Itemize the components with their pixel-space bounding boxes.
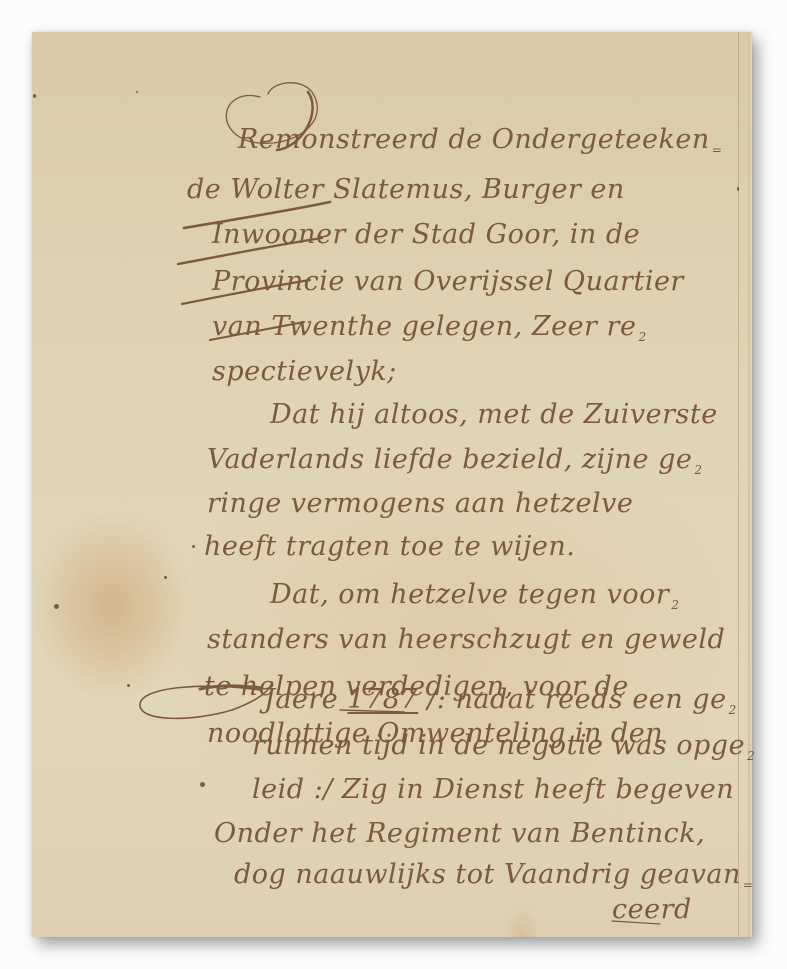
line-text: Vaderlands liefde bezield, zijne ge [207, 444, 692, 475]
line-text: ceerd [612, 894, 692, 925]
manuscript-line-17: leid :/ Zig in Dienst heeft begeven [252, 772, 734, 808]
line-text: Dat, om hetzelve tegen voor [270, 579, 669, 610]
line-text-after: /: nadat reeds een ge [427, 684, 726, 715]
manuscript-line-6: spectievelyk; [212, 354, 397, 390]
foxing-speck [200, 782, 205, 787]
manuscript-line-16: ruimen tijd in de negotie was opge2 [252, 728, 755, 774]
foxing-speck [54, 604, 59, 609]
line-hyphen-mark: 2 [638, 330, 646, 344]
foxing-speck [33, 94, 36, 98]
manuscript-line-7: Dat hij altoos, met de Zuiverste [270, 397, 718, 433]
line-text: heeft tragten toe te wijen. [204, 531, 575, 562]
line-text: ringe vermogens aan hetzelve [207, 488, 633, 519]
line-text: spectievelyk; [212, 356, 397, 387]
line-text: Remonstreerd de Ondergeteeken [238, 124, 710, 155]
manuscript-line-18: Onder het Regiment van Bentinck, [214, 816, 705, 852]
manuscript-line-10: heeft tragten toe te wijen. [204, 529, 575, 565]
line-text: Provincie van Overijssel Quartier [212, 266, 684, 297]
line-text-before: Jaere [264, 684, 338, 715]
line-hyphen-mark: 2 [671, 598, 679, 612]
foxing-speck [192, 545, 195, 548]
line-text: leid :/ Zig in Dienst heeft begeven [252, 774, 734, 805]
page-fold-line [738, 32, 739, 937]
viewer-background: Remonstreerd de Ondergeteeken= de Wolter… [0, 0, 787, 969]
line-text: standers van heerschzugt en geweld [207, 624, 725, 655]
manuscript-page: Remonstreerd de Ondergeteeken= de Wolter… [32, 32, 752, 937]
foxing-speck [136, 91, 138, 93]
line-text: Dat hij altoos, met de Zuiverste [270, 399, 718, 430]
line-hyphen-mark: = [743, 878, 754, 892]
manuscript-line-12: standers van heerschzugt en geweld [207, 622, 725, 658]
manuscript-line-8: Vaderlands liefde bezield, zijne ge2 [207, 442, 703, 488]
manuscript-line-20: ceerd [612, 892, 692, 928]
page-edge [748, 32, 752, 937]
line-hyphen-mark: 2 [729, 703, 737, 717]
line-text: de Wolter Slatemus, Burger en [187, 174, 625, 205]
foxing-speck [127, 684, 130, 687]
foxing-speck [164, 576, 167, 579]
manuscript-line-1: Remonstreerd de Ondergeteeken= [238, 122, 722, 168]
manuscript-line-2: de Wolter Slatemus, Burger en [187, 172, 625, 208]
line-hyphen-mark: = [712, 143, 723, 157]
line-text: ruimen tijd in de negotie was opge [252, 730, 745, 761]
line-text: dog naauwlijks tot Vaandrig geavan [234, 859, 741, 890]
manuscript-line-5: van Twenthe gelegen, Zeer re2 [212, 309, 647, 355]
line-text: van Twenthe gelegen, Zeer re [212, 311, 636, 342]
line-hyphen-mark: 2 [747, 749, 755, 763]
line-text: Onder het Regiment van Bentinck, [214, 818, 705, 849]
foxing-speck [737, 187, 739, 191]
manuscript-line-11: Dat, om hetzelve tegen voor2 [270, 577, 679, 623]
manuscript-line-year-line: Jaere 1787 /: nadat reeds een ge2 [264, 682, 737, 728]
year-1787: 1787 [347, 684, 418, 715]
manuscript-line-9: ringe vermogens aan hetzelve [207, 486, 633, 522]
line-text: Inwooner der Stad Goor, in de [212, 219, 640, 250]
manuscript-line-3: Inwooner der Stad Goor, in de [212, 217, 640, 253]
line-hyphen-mark: 2 [694, 463, 702, 477]
manuscript-line-4: Provincie van Overijssel Quartier [212, 264, 684, 300]
